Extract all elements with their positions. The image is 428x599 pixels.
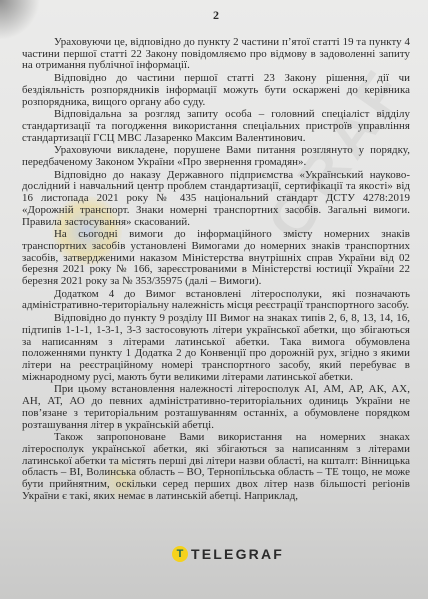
paragraph-appeal: Відповідно до частини першої статті 23 З…: [22, 73, 410, 108]
paragraph-citizens-appeals-law: Ураховуючи викладене, порушене Вами пита…: [22, 145, 410, 168]
paragraph-requirements: На сьогодні вимоги до інформаційного змі…: [22, 229, 410, 288]
paragraph-responsible-person: Відповідальна за розгляд запиту особа – …: [22, 109, 410, 144]
page-number: 2: [22, 8, 410, 23]
telegraf-logo-text: TELEGRAF: [191, 546, 284, 562]
paragraph-annex-4: Додатком 4 до Вимог встановлені літеросп…: [22, 289, 410, 312]
letter-page: 2 Ураховуючи це, відповідно до пункту 2 …: [22, 8, 410, 503]
paragraph-letter-combinations: При цьому встановлення належності літеро…: [22, 384, 410, 431]
paragraph-refusal: Ураховуючи це, відповідно до пункту 2 ча…: [22, 37, 410, 72]
paragraph-proposal-rejected: Також запропоноване Вами використання на…: [22, 432, 410, 502]
telegraf-t-icon: T: [172, 546, 188, 562]
telegraf-logo: T TELEGRAF: [172, 546, 284, 562]
paragraph-dstu-cancelled: Відповідно до наказу Державного підприєм…: [22, 170, 410, 229]
paragraph-latin-letters: Відповідно до пункту 9 розділу III Вимог…: [22, 313, 410, 383]
